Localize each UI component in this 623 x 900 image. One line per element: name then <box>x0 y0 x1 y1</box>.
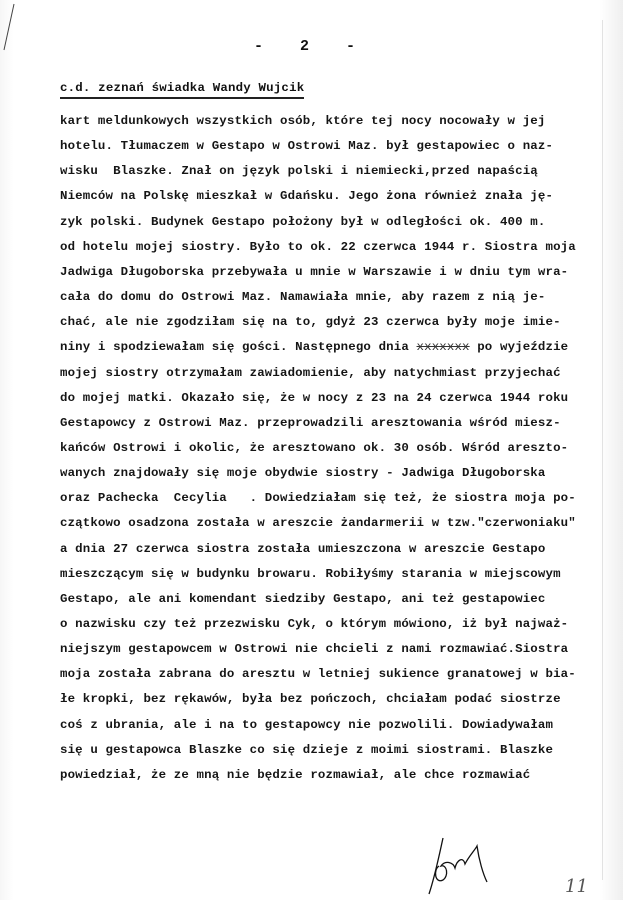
page-number: - 2 - <box>0 38 623 55</box>
text-line: a dnia 27 czerwca siostra została umiesz… <box>60 541 545 557</box>
scan-edge-line <box>602 20 603 880</box>
document-heading: c.d. zeznań świadka Wandy Wujcik <box>60 81 304 99</box>
document-page: - 2 - c.d. zeznań świadka Wandy Wujcik k… <box>0 0 623 900</box>
text-line: łe kropki, bez rękawów, była bez pończoc… <box>60 691 561 707</box>
text-line: Gestapowcy z Ostrowi Maz. przeprowadzili… <box>60 415 561 431</box>
text-line: czątkowo osadzona została w areszcie żan… <box>60 515 576 531</box>
text-line: wisku Blaszke. Znał on język polski i ni… <box>60 163 538 179</box>
text-line: oraz Pachecka Cecylia . Dowiedziałam się… <box>60 490 576 506</box>
text-line: coś z ubrania, ale i na to gestapowcy ni… <box>60 717 553 733</box>
folio-number: 11 <box>565 876 588 897</box>
text-line: hotelu. Tłumaczem w Gestapo w Ostrowi Ma… <box>60 138 553 154</box>
text-line: o nazwisku czy też przezwisku Cyk, o któ… <box>60 616 568 632</box>
text-line: cała do domu do Ostrowi Maz. Namawiała m… <box>60 289 545 305</box>
text-line: kańców Ostrowi i okolic, że aresztowano … <box>60 440 568 456</box>
text-line: moja została zabrana do aresztu w letnie… <box>60 666 576 682</box>
text-line: Gestapo, ale ani komendant siedziby Gest… <box>60 591 545 607</box>
text-line: powiedział, że ze mną nie będzie rozmawi… <box>60 767 530 783</box>
signature-icon <box>425 836 495 896</box>
text-line: chać, ale nie zgodziłam się na to, gdyż … <box>60 314 561 330</box>
text-line: mieszczącym się w budynku browaru. Robił… <box>60 566 561 582</box>
text-line: niny i spodziewałam się gości. Następneg… <box>60 339 568 355</box>
text-line: do mojej matki. Okazało się, że w nocy z… <box>60 390 568 406</box>
text-line: wanych znajdowały się moje obydwie siost… <box>60 465 545 481</box>
text-line: się u gestapowca Blaszke co się dzieje z… <box>60 742 553 758</box>
text-line: zyk polski. Budynek Gestapo położony był… <box>60 214 545 230</box>
text-line: od hotelu mojej siostry. Było to ok. 22 … <box>60 239 576 255</box>
text-line: mojej siostry otrzymałam zawiadomienie, … <box>60 365 561 381</box>
text-line: Niemców na Polskę mieszkał w Gdańsku. Je… <box>60 188 553 204</box>
struck-out-text: xxxxxxx <box>417 340 470 354</box>
text-line: niejszym gestapowcem w Ostrowi nie chcie… <box>60 641 568 657</box>
text-line: Jadwiga Długoborska przebywała u mnie w … <box>60 264 568 280</box>
text-line: kart meldunkowych wszystkich osób, które… <box>60 113 545 129</box>
